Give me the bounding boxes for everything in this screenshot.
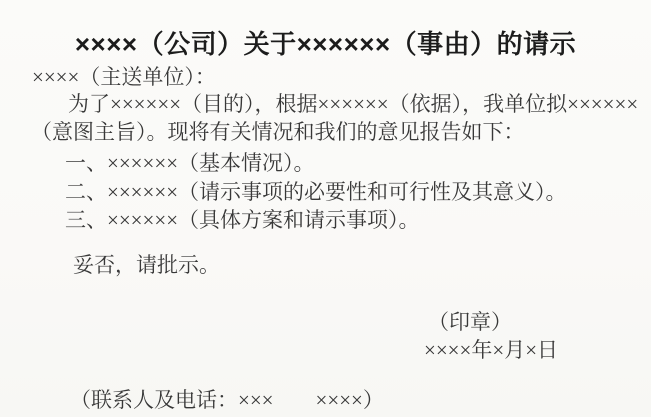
intro-line-2: （意图主旨）。现将有关情况和我们的意见报告如下：	[31, 118, 631, 146]
numbered-items: 一、××××××（基本情况）。 二、××××××（请示事项的必要性和可行性及其意…	[65, 149, 567, 235]
salutation-line: ××××（主送单位）：	[32, 63, 216, 91]
item-3: 三、××××××（具体方案和请示事项）。	[65, 206, 567, 235]
intro-line-1: 为了××××××（目的），根据××××××（依据），我单位拟××××××	[31, 90, 631, 118]
signature-block: （印章） ××××年×月×日	[424, 309, 558, 364]
date-line: ××××年×月×日	[424, 337, 558, 365]
item-2: 二、××××××（请示事项的必要性和可行性及其意义）。	[65, 178, 567, 207]
seal-placeholder: （印章）	[424, 309, 558, 337]
item-1: 一、××××××（基本情况）。	[65, 149, 567, 178]
document-title: ××××（公司）关于××××××（事由）的请示	[0, 24, 651, 61]
closing-line: 妥否，请批示。	[73, 251, 220, 279]
intro-paragraph: 为了××××××（目的），根据××××××（依据），我单位拟×××××× （意图…	[31, 90, 631, 146]
document-page: ××××（公司）关于××××××（事由）的请示 ××××（主送单位）： 为了××…	[0, 0, 651, 417]
contact-line: （联系人及电话：××× ××××）	[70, 386, 384, 414]
